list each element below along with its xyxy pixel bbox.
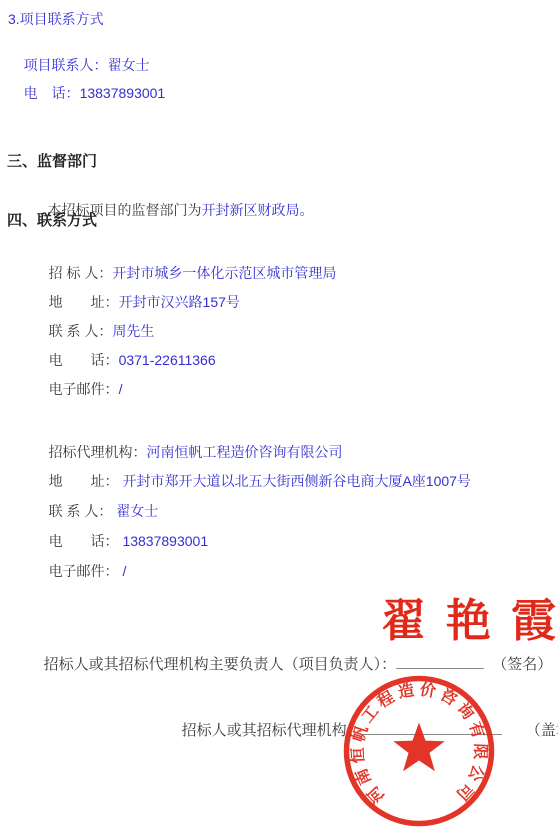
sign-suffix: （签名） — [492, 656, 552, 673]
responsible-label: 招标人或其招标代理机构主要负责人（项目负责人）： — [44, 656, 397, 673]
signature-underline — [396, 653, 484, 669]
supervision-heading: 三、监督部门 — [7, 152, 97, 172]
seal-suffix: （盖章） — [526, 722, 558, 739]
supervision-dept: 开封新区财政局。 — [202, 202, 314, 218]
contacts-heading: 四、联系方式 — [7, 211, 97, 231]
field-label: 电 话： — [24, 85, 80, 101]
agency-row: 电子邮件： / — [33, 543, 126, 600]
project-contact-row: 电 话：13837893001 — [8, 65, 165, 122]
agency-seal-label: 招标人或其招标代理机构： — [182, 722, 362, 739]
field-value: / — [119, 381, 123, 397]
star-icon — [393, 723, 444, 772]
document-page: 3.项目联系方式 项目联系人：翟女士 电 话：13837893001 三、监督部… — [0, 0, 558, 835]
field-value: 13837893001 — [80, 85, 166, 101]
field-label: 电子邮件： — [49, 563, 119, 579]
field-value: / — [119, 563, 127, 579]
field-value: 0371-22611366 — [119, 352, 216, 368]
field-value: 开封市郑开大道以北五大街西侧新谷电商大厦A座1007号 — [119, 473, 471, 489]
signature-stamp-text: 翟艳霞 — [381, 592, 558, 651]
tenderer-row: 电子邮件：/ — [33, 361, 122, 418]
field-label: 电子邮件： — [49, 381, 119, 397]
company-seal-stamp: 河南恒帆工程造价咨询有限公司 — [341, 673, 497, 829]
field-value: 13837893001 — [119, 533, 209, 549]
project-contact-heading: 3.项目联系方式 — [8, 10, 104, 29]
